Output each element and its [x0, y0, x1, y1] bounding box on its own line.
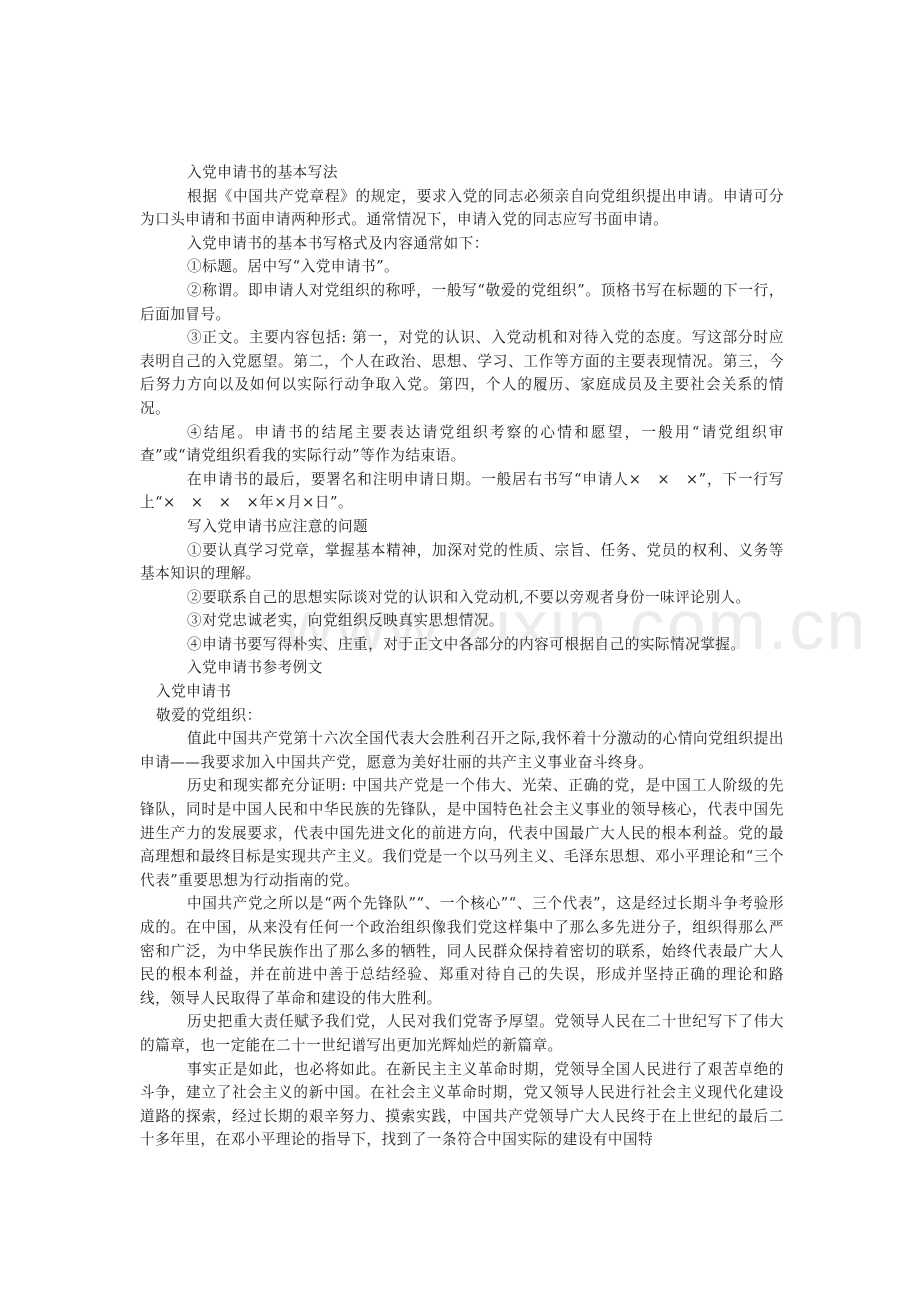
list-item-title: ①标题。居中写“入党申请书”。 — [140, 255, 784, 279]
example-paragraph-3: 中国共产党之所以是“两个先锋队”“、一个核心”“、三个代表”，这是经过长期斗争考… — [140, 892, 784, 1010]
paragraph-format-intro: 入党申请书的基本书写格式及内容通常如下： — [140, 232, 784, 256]
example-title: 入党申请书 — [140, 680, 784, 704]
section-heading-example: 入党申请书参考例文 — [140, 656, 784, 680]
section-heading-basic-writing: 入党申请书的基本写法 — [140, 161, 784, 185]
example-paragraph-4: 历史把重大责任赋予我们党，人民对我们党寄予厚望。党领导人民在二十世纪写下了伟大的… — [140, 1010, 784, 1057]
list-item-note-4: ④申请书要写得朴实、庄重，对于正文中各部分的内容可根据自己的实际情况掌握。 — [140, 633, 784, 657]
example-paragraph-5: 事实正是如此，也必将如此。在新民主主义革命时期，党领导全国人民进行了艰苦卓绝的斗… — [140, 1058, 784, 1152]
example-paragraph-1: 值此中国共产党第十六次全国代表大会胜利召开之际,我怀着十分激动的心情向党组织提出… — [140, 727, 784, 774]
list-item-body: ③正文。主要内容包括: 第一，对党的认识、入党动机和对待入党的态度。写这部分时应… — [140, 326, 784, 420]
list-item-ending: ④结尾。申请书的结尾主要表达请党组织考察的心情和愿望，一般用“请党组织审查”或“… — [140, 421, 784, 468]
example-paragraph-2: 历史和现实都充分证明: 中国共产党是一个伟大、光荣、正确的党，是中国工人阶级的先… — [140, 774, 784, 892]
list-item-note-2: ②要联系自己的思想实际谈对党的认识和入党动机,不要以旁观者身份一味评论别人。 — [140, 586, 784, 610]
section-heading-notes: 写入党申请书应注意的问题 — [140, 515, 784, 539]
paragraph-intro: 根据《中国共产党章程》的规定，要求入党的同志必须亲自向党组织提出申请。申请可分为… — [140, 185, 784, 232]
list-item-note-1: ①要认真学习党章，掌握基本精神，加深对党的性质、宗旨、任务、党员的权利、义务等基… — [140, 539, 784, 586]
paragraph-signature: 在申请书的最后，要署名和注明申请日期。一般居右书写“申请人× × ×”，下一行写… — [140, 468, 784, 515]
document-page: 入党申请书的基本写法 根据《中国共产党章程》的规定，要求入党的同志必须亲自向党组… — [140, 161, 784, 1152]
example-salutation: 敬爱的党组织： — [140, 704, 784, 728]
list-item-note-3: ③对党忠诚老实，向党组织反映真实思想情况。 — [140, 609, 784, 633]
list-item-salutation: ②称谓。即申请人对党组织的称呼，一般写“敬爱的党组织”。顶格书写在标题的下一行，… — [140, 279, 784, 326]
